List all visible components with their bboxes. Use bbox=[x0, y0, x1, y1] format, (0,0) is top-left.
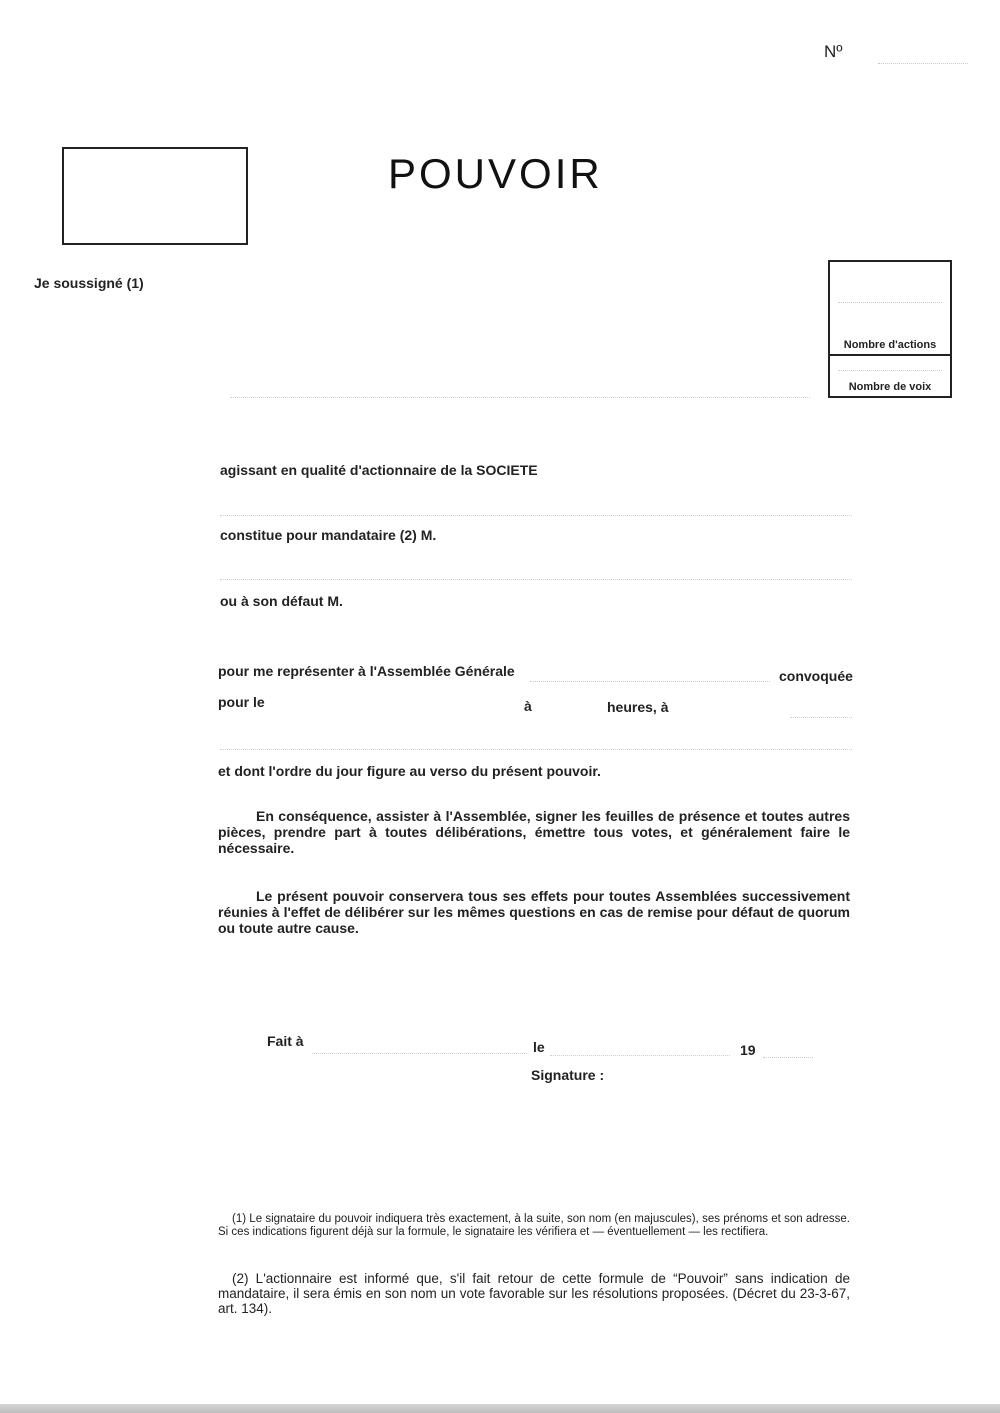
undersigned-field[interactable] bbox=[230, 396, 810, 398]
company-field[interactable] bbox=[220, 514, 852, 516]
location-field[interactable] bbox=[790, 716, 852, 718]
counts-box: Nombre d'actions Nombre de voix bbox=[828, 260, 952, 398]
votes-cell[interactable]: Nombre de voix bbox=[830, 356, 950, 396]
shares-cell[interactable]: Nombre d'actions bbox=[830, 262, 950, 356]
votes-label: Nombre de voix bbox=[830, 381, 950, 393]
proxy-field[interactable] bbox=[220, 578, 852, 580]
at-label: à bbox=[524, 698, 532, 714]
on-label: le bbox=[533, 1039, 545, 1055]
footnote-1: (1) Le signataire du pouvoir indiquera t… bbox=[218, 1213, 850, 1239]
made-at-label: Fait à bbox=[267, 1033, 304, 1049]
year-field[interactable] bbox=[763, 1056, 813, 1058]
stamp-box bbox=[62, 147, 248, 245]
votes-field[interactable] bbox=[838, 370, 942, 371]
alternate-proxy-label: ou à son défaut M. bbox=[220, 593, 343, 609]
represent-label: pour me représenter à l'Assemblée Généra… bbox=[218, 663, 515, 679]
number-label: Nº bbox=[824, 42, 843, 62]
paragraph-validity-text: Le présent pouvoir conservera tous ses e… bbox=[218, 888, 850, 936]
paragraph-consequence-text: En conséquence, assister à l'Assemblée, … bbox=[218, 808, 850, 856]
hours-at-label: heures, à bbox=[607, 699, 668, 715]
scan-edge bbox=[0, 1404, 1000, 1413]
acting-as-label: agissant en qualité d'actionnaire de la … bbox=[220, 462, 538, 478]
footnote-2-text: (2) L'actionnaire est informé que, s'il … bbox=[218, 1271, 850, 1316]
proxy-label: constitue pour mandataire (2) M. bbox=[220, 527, 436, 543]
footnote-2: (2) L'actionnaire est informé que, s'il … bbox=[218, 1271, 850, 1316]
place-field[interactable] bbox=[312, 1052, 527, 1054]
agenda-label: et dont l'ordre du jour figure au verso … bbox=[218, 763, 601, 779]
date-field[interactable] bbox=[275, 710, 515, 712]
footnote-1-text: (1) Le signataire du pouvoir indiquera t… bbox=[218, 1213, 850, 1238]
shares-label: Nombre d'actions bbox=[830, 339, 950, 351]
location-field-2[interactable] bbox=[220, 748, 852, 750]
hour-field[interactable] bbox=[540, 714, 600, 716]
paragraph-validity: Le présent pouvoir conservera tous ses e… bbox=[218, 888, 850, 936]
date-label: pour le bbox=[218, 694, 265, 710]
assembly-type-field[interactable] bbox=[530, 680, 770, 682]
paragraph-consequence: En conséquence, assister à l'Assemblée, … bbox=[218, 808, 850, 856]
day-field[interactable] bbox=[550, 1054, 730, 1056]
year-prefix: 19 bbox=[740, 1042, 756, 1058]
convened-label: convoquée bbox=[779, 668, 853, 684]
shares-field[interactable] bbox=[838, 302, 942, 303]
undersigned-label: Je soussigné (1) bbox=[34, 275, 144, 291]
signature-area[interactable] bbox=[531, 1090, 811, 1190]
number-field[interactable] bbox=[878, 62, 968, 64]
signature-label: Signature : bbox=[531, 1067, 604, 1083]
page-title: POUVOIR bbox=[388, 150, 603, 198]
